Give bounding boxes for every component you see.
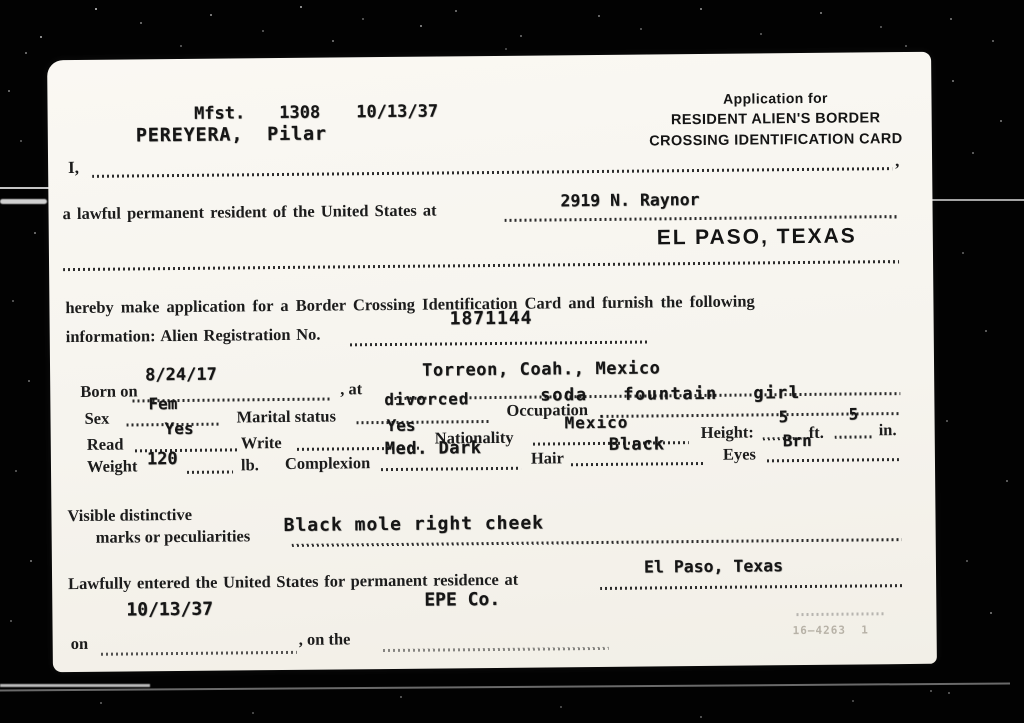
sex-label: Sex: [84, 411, 109, 428]
form-title: Application for RESIDENT ALIEN'S BORDER …: [643, 87, 908, 153]
marks-value: Black mole right cheek: [283, 515, 544, 535]
height-label: Height:: [701, 424, 754, 441]
dotted-line: [63, 260, 899, 271]
entry-carrier-value: EPE Co.: [424, 591, 500, 610]
marital-value: divorced: [384, 391, 469, 408]
dotted-line: [350, 340, 650, 345]
dotted-line: [357, 420, 489, 424]
born-label: Born on: [80, 383, 137, 400]
scratch-mark: [0, 684, 150, 687]
manifest-number: 1308: [279, 103, 320, 123]
read-value: Yes: [165, 421, 194, 437]
city-stamp: EL PASO, TEXAS: [657, 225, 857, 248]
scanned-photo-background: Mfst.130810/13/37 PEREYERA, Pilar Applic…: [0, 0, 1024, 723]
eyes-label: Eyes: [723, 446, 756, 463]
application-text-line2: information: Alien Registration No.: [66, 327, 321, 346]
marks-label-line2: marks or peculiarities: [96, 528, 251, 546]
hair-label: Hair: [531, 450, 564, 467]
form-title-line3: CROSSING IDENTIFICATION CARD: [644, 129, 908, 153]
complexion-value: Med. Dark: [385, 440, 482, 458]
film-noise-specks: [0, 0, 2, 2]
dotted-line: [383, 647, 609, 652]
write-value: Yes: [387, 418, 416, 434]
scratch-mark: [0, 187, 50, 189]
form-title-line1: Application for: [643, 87, 907, 111]
dotted-line: [381, 467, 521, 471]
weight-label: Weight: [87, 458, 138, 475]
i-line-end: ,: [895, 152, 899, 169]
manifest-label: Mfst.: [194, 103, 245, 123]
on-label: on: [71, 636, 89, 653]
form-title-line2: RESIDENT ALIEN'S BORDER: [644, 108, 908, 132]
occupation-value: soda fountain girl: [540, 385, 801, 404]
manifest-date: 10/13/37: [356, 102, 438, 123]
born-date-value: 8/24/17: [145, 367, 217, 385]
hair-value: Black: [609, 436, 665, 454]
eyes-value: Brn: [783, 433, 812, 449]
dotted-line: [505, 215, 897, 221]
alien-registration-number: 1871144: [450, 310, 533, 329]
dotted-line: [187, 470, 233, 473]
applicant-name: PEREYERA, Pilar: [136, 126, 327, 146]
scratch-mark: [0, 199, 47, 204]
complexion-label: Complexion: [285, 455, 370, 472]
dotted-line: [600, 584, 902, 589]
dotted-line: [767, 458, 899, 462]
height-in-value: 5: [848, 406, 858, 422]
on-the-label: , on the: [299, 631, 351, 648]
scratch-mark: [0, 682, 1010, 691]
dotted-line: [796, 612, 886, 615]
dotted-line: [571, 462, 705, 466]
marital-label: Marital status: [236, 409, 336, 426]
residence-value: 2919 N. Raynor: [560, 192, 699, 210]
write-label: Write: [241, 435, 282, 452]
born-at-label: , at: [340, 381, 362, 398]
read-label: Read: [87, 437, 124, 454]
lb-label: lb.: [241, 457, 259, 474]
dotted-line: [101, 651, 297, 655]
scratch-mark: [930, 199, 1024, 201]
application-card: Mfst.130810/13/37 PEREYERA, Pilar Applic…: [47, 52, 937, 672]
form-number: 16—4263 1: [793, 624, 869, 636]
entry-date-value: 10/13/37: [126, 601, 213, 620]
application-text-line1: hereby make application for a Border Cro…: [65, 293, 754, 316]
sex-value: Fem: [148, 396, 177, 412]
nationality-value: Mexico: [565, 415, 629, 432]
residence-label: a lawful permanent resident of the Unite…: [62, 203, 436, 223]
dotted-line: [292, 538, 902, 546]
born-place-value: Torreon, Coah., Mexico: [422, 360, 661, 379]
weight-value: 120: [147, 451, 178, 468]
entry-place-value: El Paso, Texas: [644, 558, 783, 576]
marks-label-line1: Visible distinctive: [67, 507, 192, 525]
dotted-line: [835, 435, 873, 438]
height-ft-value: 5: [778, 409, 788, 425]
i-label: I,: [68, 159, 79, 176]
in-label: in.: [879, 422, 897, 439]
dotted-line: [92, 167, 892, 177]
